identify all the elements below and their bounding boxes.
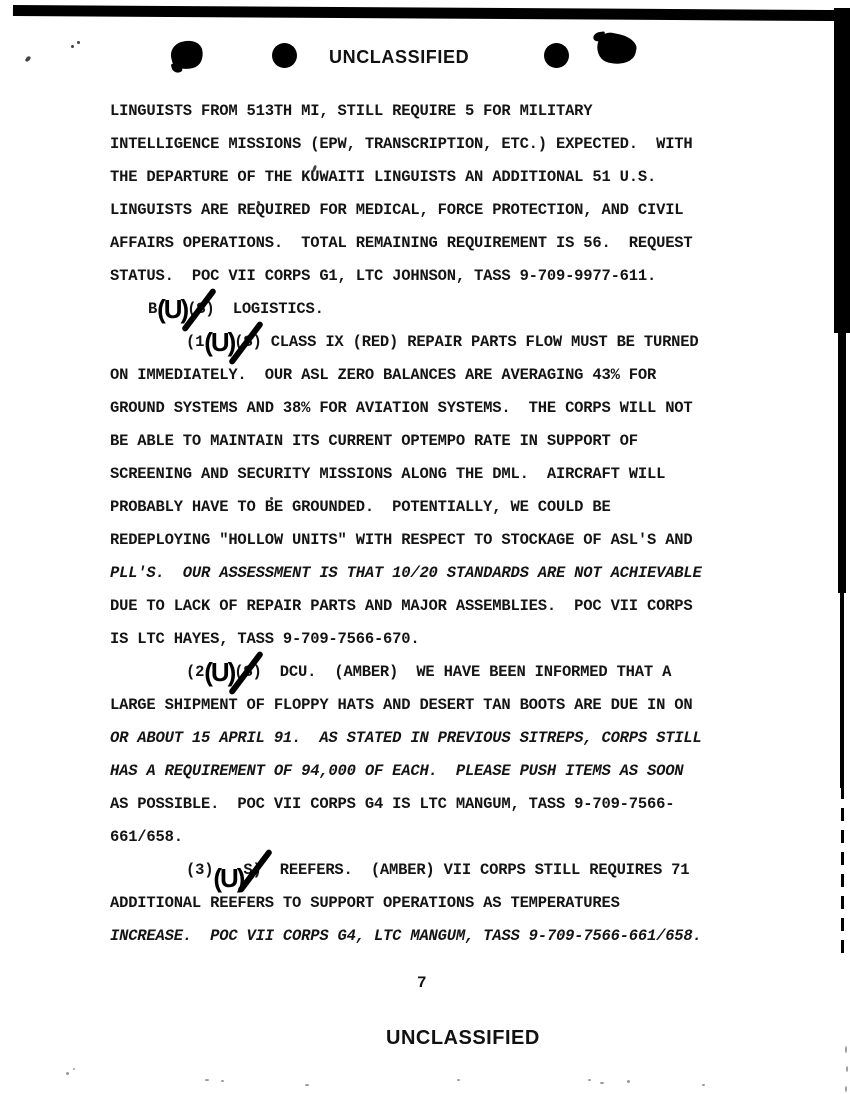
- scan-edge-right-bar: [841, 786, 844, 962]
- page-number: 7: [417, 974, 427, 992]
- document-line: BE ABLE TO MAINTAIN ITS CURRENT OPTEMPO …: [110, 425, 790, 458]
- document-line: IS LTC HAYES, TASS 9-709-7566-670.: [110, 623, 790, 656]
- declassification-stamp: (U): [204, 659, 234, 685]
- document-line: B(U)(S) LOGISTICS.: [110, 293, 790, 326]
- footer-classification-label: UNCLASSIFIED: [386, 1027, 540, 1050]
- paragraph-label: (1: [186, 333, 204, 351]
- scan-speck: [25, 55, 31, 62]
- document-line: ON IMMEDIATELY. OUR ASL ZERO BALANCES AR…: [110, 359, 790, 392]
- scan-speck: [71, 45, 74, 48]
- document-line: LINGUISTS ARE REQUIRED FOR MEDICAL, FORC…: [110, 194, 790, 227]
- scan-speck: [846, 1066, 848, 1072]
- scan-edge-top-bar: [13, 5, 850, 21]
- document-line: PLL'S. OUR ASSESSMENT IS THAT 10/20 STAN…: [110, 557, 790, 590]
- document-line: (3)(U)S) REEFERS. (AMBER) VII CORPS STIL…: [110, 854, 790, 887]
- scan-edge-right-bar: [834, 8, 850, 333]
- document-line: AFFAIRS OPERATIONS. TOTAL REMAINING REQU…: [110, 227, 790, 260]
- document-line: OR ABOUT 15 APRIL 91. AS STATED IN PREVI…: [110, 722, 790, 755]
- document-line: REDEPLOYING "HOLLOW UNITS" WITH RESPECT …: [110, 524, 790, 557]
- document-line: THE DEPARTURE OF THE KUWAITI LINGUISTS A…: [110, 161, 790, 194]
- scanned-document-page: UNCLASSIFIED LINGUISTS FROM 513TH MI, ST…: [0, 0, 850, 1094]
- scan-edge-right-bar: [838, 330, 846, 593]
- document-line: AS POSSIBLE. POC VII CORPS G4 IS LTC MAN…: [110, 788, 790, 821]
- document-line: (2(U)(S) DCU. (AMBER) WE HAVE BEEN INFOR…: [110, 656, 790, 689]
- scan-speck: [205, 1079, 209, 1081]
- document-line: SCREENING AND SECURITY MISSIONS ALONG TH…: [110, 458, 790, 491]
- struck-classification-marking: S): [243, 854, 261, 887]
- paragraph-text: LOGISTICS.: [215, 300, 324, 318]
- scan-speck: [221, 1080, 224, 1082]
- scan-speck: [73, 1068, 75, 1070]
- scan-edge-right-bar: [840, 590, 844, 788]
- document-line: DUE TO LACK OF REPAIR PARTS AND MAJOR AS…: [110, 590, 790, 623]
- paragraph-label: (3): [186, 861, 213, 879]
- scan-speck: [77, 41, 80, 44]
- declassification-stamp: (U): [157, 296, 187, 322]
- document-line: PROBABLY HAVE TO BE GROUNDED. POTENTIALL…: [110, 491, 790, 524]
- document-line: INCREASE. POC VII CORPS G4, LTC MANGUM, …: [110, 920, 790, 953]
- paragraph-text: CLASS IX (RED) REPAIR PARTS FLOW MUST BE…: [262, 333, 699, 351]
- scan-speck: [457, 1079, 460, 1081]
- document-line: (1(U)(S) CLASS IX (RED) REPAIR PARTS FLO…: [110, 326, 790, 359]
- struck-classification-marking: (S): [187, 293, 214, 326]
- scan-speck: [702, 1084, 705, 1086]
- ink-blob: [544, 43, 569, 68]
- scan-speck: [845, 1046, 847, 1053]
- document-line: HAS A REQUIREMENT OF 94,000 OF EACH. PLE…: [110, 755, 790, 788]
- scan-speck: [627, 1080, 630, 1083]
- paragraph-text: REEFERS. (AMBER) VII CORPS STILL REQUIRE…: [262, 861, 690, 879]
- scan-speck: [305, 1084, 309, 1086]
- paragraph-text: DCU. (AMBER) WE HAVE BEEN INFORMED THAT …: [262, 663, 672, 681]
- scan-speck: [845, 1086, 847, 1092]
- struck-classification-marking: (S): [234, 326, 261, 359]
- ink-blob: [168, 38, 206, 73]
- ink-blob: [594, 30, 638, 67]
- scan-speck: [66, 1072, 69, 1075]
- ink-blob: [272, 43, 297, 68]
- paragraph-label: B: [148, 300, 157, 318]
- declassification-stamp: (U): [204, 329, 234, 355]
- document-line: GROUND SYSTEMS AND 38% FOR AVIATION SYST…: [110, 392, 790, 425]
- document-line: LARGE SHIPMENT OF FLOPPY HATS AND DESERT…: [110, 689, 790, 722]
- document-line: 661/658.: [110, 821, 790, 854]
- struck-classification-marking: (S): [234, 656, 261, 689]
- paragraph-label: (2: [186, 663, 204, 681]
- scan-speck: [588, 1079, 591, 1081]
- document-body: LINGUISTS FROM 513TH MI, STILL REQUIRE 5…: [110, 95, 790, 953]
- document-line: LINGUISTS FROM 513TH MI, STILL REQUIRE 5…: [110, 95, 790, 128]
- document-line: INTELLIGENCE MISSIONS (EPW, TRANSCRIPTIO…: [110, 128, 790, 161]
- scan-speck: [600, 1082, 604, 1084]
- header-classification-label: UNCLASSIFIED: [329, 47, 469, 68]
- document-line: ADDITIONAL REEFERS TO SUPPORT OPERATIONS…: [110, 887, 790, 920]
